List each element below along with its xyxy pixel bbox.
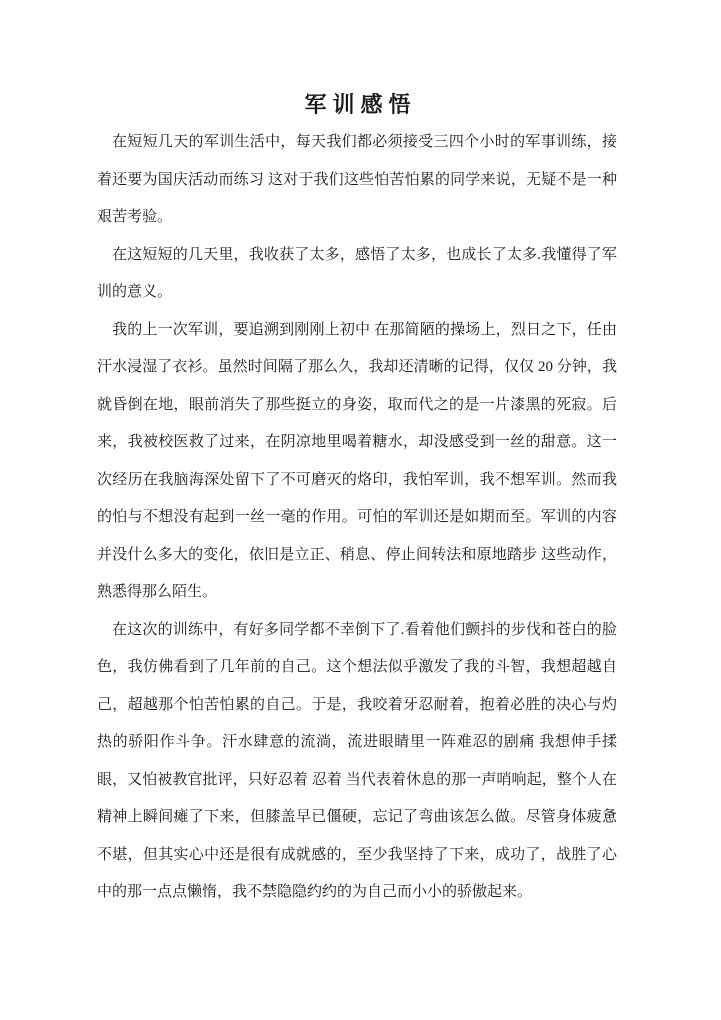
document-page: 军训感悟 在短短几天的军训生活中，每天我们都必须接受三四个小时的军事训练，接着还…	[0, 0, 721, 1020]
paragraph-1: 在短短几天的军训生活中，每天我们都必须接受三四个小时的军事训练，接着还要为国庆活…	[97, 124, 617, 237]
paragraph-4: 在这次的训练中，有好多同学都不幸倒下了.看着他们颤抖的步伐和苍白的脸色，我仿佛看…	[97, 612, 617, 912]
paragraph-3: 我的上一次军训，要追溯到刚刚上初中 在那简陋的操场上，烈日之下，任由汗水浸湿了衣…	[97, 312, 617, 612]
paragraph-2: 在这短短的几天里，我收获了太多，感悟了太多，也成长了太多.我懂得了军训的意义。	[97, 237, 617, 312]
document-body: 在短短几天的军训生活中，每天我们都必须接受三四个小时的军事训练，接着还要为国庆活…	[97, 124, 617, 912]
document-title: 军训感悟	[0, 0, 721, 117]
